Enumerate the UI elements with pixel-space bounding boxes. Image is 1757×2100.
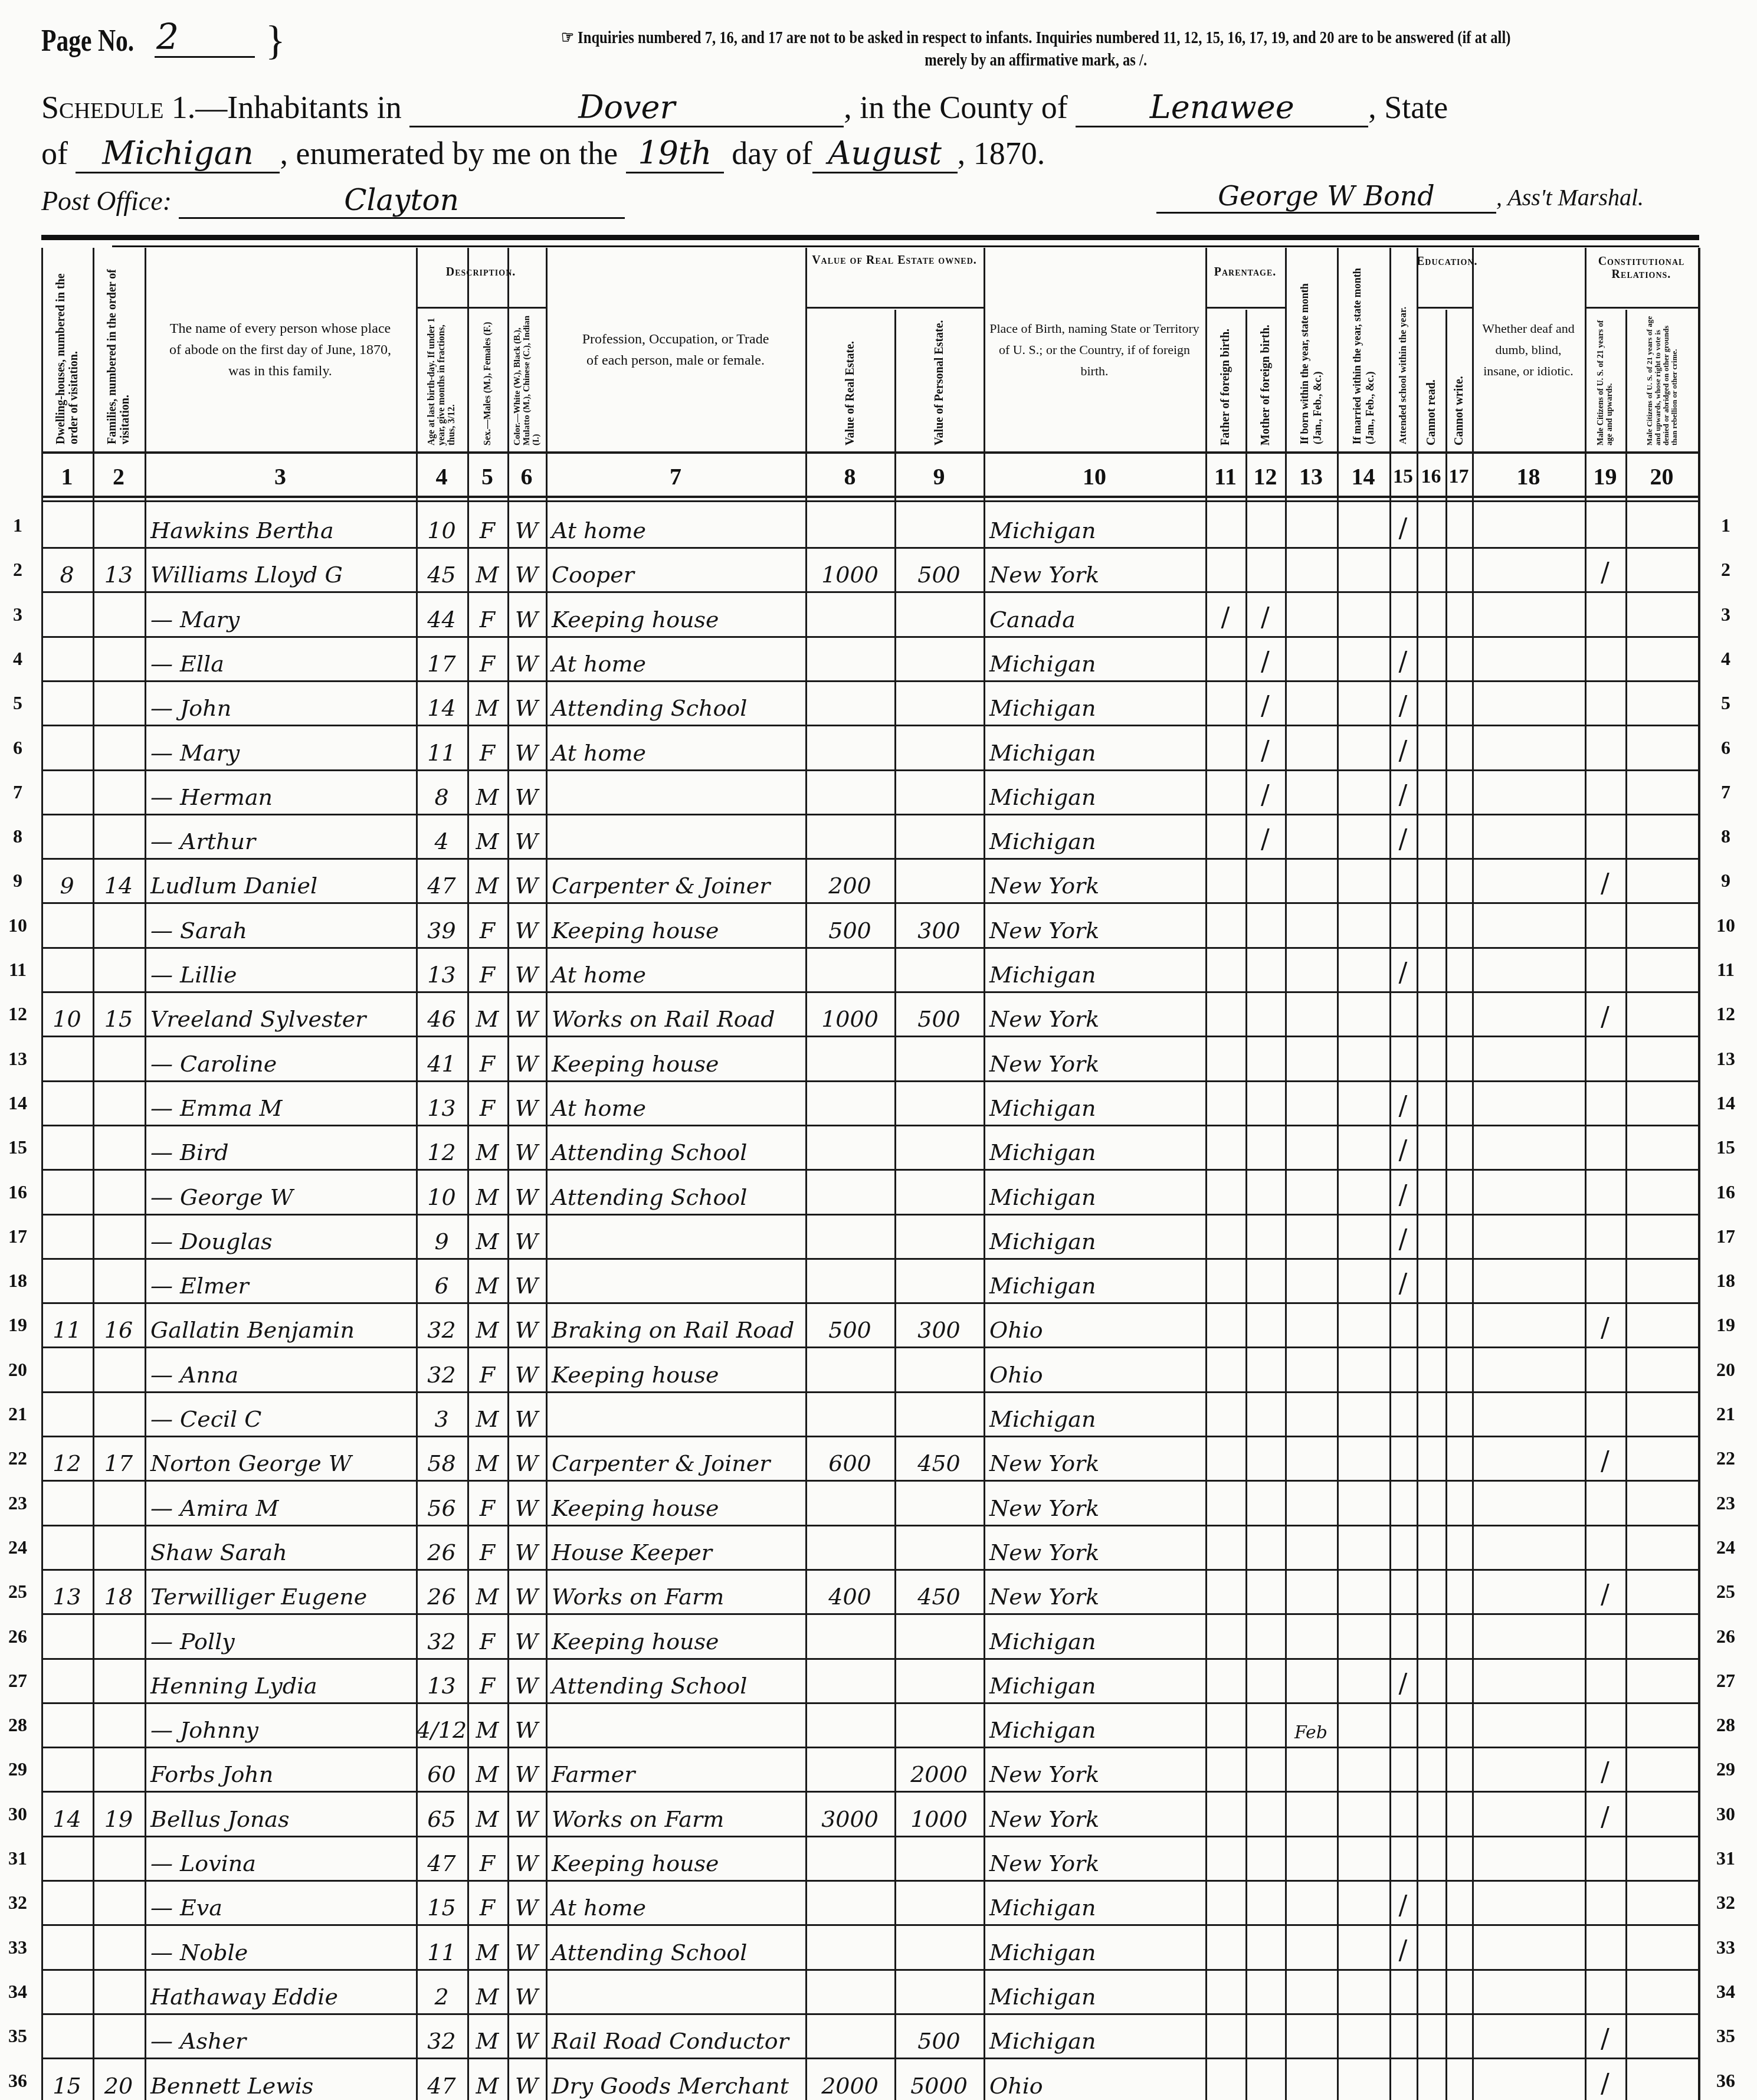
cannot-read-mark [1417,1214,1445,1258]
cannot-write-mark [1445,1036,1472,1080]
father-foreign-mark [1205,1614,1245,1658]
dwelling-number: 9 [41,858,93,902]
vote-denied-mark [1625,1791,1698,1836]
birthplace: Michigan [989,814,1205,858]
disability [1472,547,1585,591]
real-estate-value [805,1525,894,1569]
age: 13 [416,1658,467,1702]
male-citizen-mark: / [1585,858,1625,902]
mother-foreign-mark [1245,1347,1285,1391]
born-within-year [1285,547,1337,591]
father-foreign-mark [1205,1525,1245,1569]
row-number: 32 [0,1892,35,1914]
age: 11 [416,725,467,769]
row-number: 36 [0,2070,35,2092]
table-row: — Douglas 9 M W Michigan / [41,1214,1699,1260]
mother-foreign-mark: / [1245,680,1285,725]
personal-estate-value: 500 [894,991,984,1036]
attended-school-mark: / [1389,1169,1417,1214]
married-within-year [1337,1169,1389,1214]
dwelling-number [41,1880,93,1924]
married-within-year [1337,503,1389,547]
married-within-year [1337,636,1389,680]
mother-foreign-mark [1245,1436,1285,1480]
dwelling-number: 10 [41,991,93,1036]
disability [1472,1969,1585,2013]
dwelling-number [41,814,93,858]
attended-school-mark: / [1389,1258,1417,1302]
age: 9 [416,1214,467,1258]
birthplace: New York [989,547,1205,591]
father-foreign-mark [1205,1036,1245,1080]
occupation: Keeping house [552,903,805,947]
row-number: 4 [0,648,35,670]
birthplace: Michigan [989,725,1205,769]
real-estate-value [805,1258,894,1302]
real-estate-value: 500 [805,1302,894,1347]
sex: F [467,1036,507,1080]
person-name: — Caroline [150,1036,416,1080]
personal-estate-value [894,503,984,547]
sex: F [467,903,507,947]
table-row: Henning Lydia 13 F W Attending School Mi… [41,1658,1699,1704]
personal-estate-value [894,592,984,636]
age: 13 [416,947,467,991]
row-number: 10 [0,915,35,936]
male-citizen-mark [1585,1258,1625,1302]
page-number-label: Page No. [41,24,134,58]
sex: M [467,1302,507,1347]
table-row: — Arthur 4 M W Michigan / / [41,814,1699,860]
cannot-read-mark [1417,1791,1445,1836]
real-estate-value [805,1080,894,1125]
row-number: 8 [0,825,35,847]
personal-estate-value [894,1214,984,1258]
table-row: — Noble 11 M W Attending School Michigan… [41,1925,1699,1971]
family-number [93,947,145,991]
disability [1472,2013,1585,2058]
table-row: — Anna 32 F W Keeping house Ohio [41,1347,1699,1393]
col-number: 6 [507,454,546,499]
age: 12 [416,1125,467,1169]
col-number: 17 [1445,454,1472,499]
row-number: 22 [0,1447,35,1469]
table-row: — Asher 32 M W Rail Road Conductor 500 M… [41,2013,1699,2059]
born-within-year [1285,1658,1337,1702]
row-number: 3 [0,604,35,625]
disability [1472,1480,1585,1525]
occupation: Keeping house [552,1614,805,1658]
real-estate-value: 500 [805,903,894,947]
color: W [507,680,546,725]
township-field: Dover [409,89,844,127]
row-number: 24 [1708,1536,1743,1558]
born-within-year [1285,1925,1337,1969]
col-number: 8 [805,454,894,499]
row-number: 30 [0,1803,35,1825]
cannot-read-mark [1417,903,1445,947]
col-number: 20 [1625,454,1698,499]
married-within-year [1337,680,1389,725]
mother-foreign-mark [1245,503,1285,547]
sex: F [467,1658,507,1702]
sex: F [467,592,507,636]
person-name: Bennett Lewis [150,2058,416,2100]
father-foreign-mark [1205,769,1245,814]
row-number: 18 [1708,1270,1743,1292]
table-row: — Polly 32 F W Keeping house Michigan [41,1614,1699,1660]
age: 65 [416,1791,467,1836]
cannot-read-mark [1417,1391,1445,1436]
born-within-year [1285,1391,1337,1436]
married-within-year [1337,1347,1389,1391]
attended-school-mark [1389,1302,1417,1347]
cannot-write-mark [1445,858,1472,902]
occupation: Works on Rail Road [552,991,805,1036]
family-number [93,1836,145,1880]
person-name: — Douglas [150,1214,416,1258]
age: 15 [416,1880,467,1924]
table-row: Forbs John 60 M W Farmer 2000 New York / [41,1747,1699,1793]
birthplace: Michigan [989,1925,1205,1969]
married-within-year [1337,1525,1389,1569]
table-row: — Caroline 41 F W Keeping house New York [41,1036,1699,1082]
real-estate-value: 3000 [805,1791,894,1836]
occupation [552,1391,805,1436]
mother-foreign-mark: / [1245,636,1285,680]
color: W [507,1969,546,2013]
father-foreign-mark [1205,1214,1245,1258]
occupation [552,1969,805,2013]
cannot-read-mark [1417,1080,1445,1125]
attended-school-mark [1389,1525,1417,1569]
cannot-write-mark [1445,1614,1472,1658]
of-label: of [41,136,68,171]
father-foreign-mark [1205,1702,1245,1747]
age: 11 [416,1925,467,1969]
married-within-year [1337,1480,1389,1525]
male-citizen-mark [1585,1614,1625,1658]
cannot-write-mark [1445,903,1472,947]
personal-estate-value [894,1836,984,1880]
age: 4 [416,814,467,858]
dwelling-number: 15 [41,2058,93,2100]
real-estate-value [805,1391,894,1436]
sex: F [467,1836,507,1880]
cannot-write-mark [1445,1125,1472,1169]
married-within-year [1337,725,1389,769]
born-within-year [1285,1125,1337,1169]
married-within-year [1337,1747,1389,1791]
occupation: Carpenter & Joiner [552,858,805,902]
dwelling-number [41,1702,93,1747]
color: W [507,769,546,814]
group-parentage: Parentage. [1205,266,1285,279]
born-within-year: Feb [1285,1702,1337,1747]
inquiry-note-line-1: ☞ Inquiries numbered 7, 16, and 17 are n… [366,27,1706,49]
mother-foreign-mark [1245,1080,1285,1125]
married-within-year [1337,1880,1389,1924]
disability [1472,1702,1585,1747]
mother-foreign-mark [1245,947,1285,991]
table-row: — George W 10 M W Attending School Michi… [41,1169,1699,1216]
vote-denied-mark [1625,1747,1698,1791]
personal-estate-value: 450 [894,1436,984,1480]
row-number: 28 [0,1714,35,1736]
attended-school-mark [1389,1391,1417,1436]
table-row: — Elmer 6 M W Michigan / [41,1258,1699,1304]
real-estate-value: 200 [805,858,894,902]
real-estate-value: 1000 [805,991,894,1036]
male-citizen-mark [1585,1080,1625,1125]
father-foreign-mark [1205,1391,1245,1436]
dwelling-number [41,1347,93,1391]
row-number: 7 [1708,781,1743,803]
sex: M [467,1969,507,2013]
dwelling-number [41,1258,93,1302]
dwelling-number [41,769,93,814]
vote-denied-mark [1625,1836,1698,1880]
row-number: 33 [1708,1937,1743,1958]
age: 46 [416,991,467,1036]
col-header-4: Age at last birth-day. If under 1 year, … [416,310,467,448]
father-foreign-mark [1205,1880,1245,1924]
father-foreign-mark [1205,503,1245,547]
vote-denied-mark [1625,636,1698,680]
occupation: Works on Farm [552,1791,805,1836]
row-number: 28 [1708,1714,1743,1736]
age: 32 [416,1302,467,1347]
real-estate-value [805,2013,894,2058]
person-name: Shaw Sarah [150,1525,416,1569]
color: W [507,1302,546,1347]
age: 32 [416,1614,467,1658]
married-within-year [1337,1302,1389,1347]
color: W [507,947,546,991]
col-number: 15 [1389,454,1417,499]
row-number: 27 [1708,1670,1743,1692]
married-within-year [1337,1836,1389,1880]
color: W [507,1480,546,1525]
row-number: 12 [0,1003,35,1025]
occupation [552,1702,805,1747]
schedule-line: Schedule 1.—Inhabitants in Dover, in the… [41,89,1448,127]
col-header-19: Male Citizens of U. S. of 21 years of ag… [1585,310,1625,448]
mother-foreign-mark [1245,1569,1285,1613]
personal-estate-value: 300 [894,903,984,947]
table-row: — John 14 M W Attending School Michigan … [41,680,1699,726]
table-row: 13 18 Terwilliger Eugene 26 M W Works on… [41,1569,1699,1615]
family-number [93,1391,145,1436]
married-within-year [1337,1925,1389,1969]
color: W [507,1214,546,1258]
cannot-write-mark [1445,991,1472,1036]
cannot-write-mark [1445,1391,1472,1436]
male-citizen-mark [1585,1391,1625,1436]
vote-denied-mark [1625,592,1698,636]
male-citizen-mark [1585,1836,1625,1880]
col-header-16: Cannot read. [1417,310,1445,448]
vote-denied-mark [1625,1258,1698,1302]
vote-denied-mark [1625,947,1698,991]
cannot-read-mark [1417,1525,1445,1569]
real-estate-value [805,1125,894,1169]
row-number: 4 [1708,648,1743,670]
cannot-read-mark [1417,1569,1445,1613]
father-foreign-mark [1205,1302,1245,1347]
vote-denied-mark [1625,858,1698,902]
father-foreign-mark [1205,1347,1245,1391]
personal-estate-value [894,947,984,991]
person-name: Gallatin Benjamin [150,1302,416,1347]
person-name: Williams Lloyd G [150,547,416,591]
person-name: — Mary [150,725,416,769]
cannot-write-mark [1445,1302,1472,1347]
person-name: — Lillie [150,947,416,991]
sex: M [467,680,507,725]
color: W [507,1614,546,1658]
inhabitants-label: —Inhabitants in [195,90,401,125]
married-within-year [1337,1702,1389,1747]
attended-school-mark [1389,2013,1417,2058]
personal-estate-value [894,1880,984,1924]
cannot-read-mark [1417,1969,1445,2013]
family-number [93,1214,145,1258]
person-name: Vreeland Sylvester [150,991,416,1036]
attended-school-mark [1389,1791,1417,1836]
col-header-11: Father of foreign birth. [1205,310,1245,448]
male-citizen-mark [1585,725,1625,769]
age: 32 [416,2013,467,2058]
person-name: — Eva [150,1880,416,1924]
table-row: Hathaway Eddie 2 M W Michigan [41,1969,1699,2015]
occupation: Attending School [552,1125,805,1169]
personal-estate-value [894,1480,984,1525]
real-estate-value [805,636,894,680]
attended-school-mark: / [1389,503,1417,547]
color: W [507,547,546,591]
family-number [93,1125,145,1169]
row-number: 12 [1708,1003,1743,1025]
disability [1472,1525,1585,1569]
born-within-year [1285,1036,1337,1080]
family-number [93,1169,145,1214]
sex: M [467,1791,507,1836]
married-within-year [1337,547,1389,591]
row-number: 16 [0,1181,35,1203]
male-citizen-mark: / [1585,1791,1625,1836]
personal-estate-value [894,1925,984,1969]
family-number: 19 [93,1791,145,1836]
male-citizen-mark: / [1585,1302,1625,1347]
col-header-9: Value of Personal Estate. [894,310,984,448]
disability [1472,1436,1585,1480]
table-row: 8 13 Williams Lloyd G 45 M W Cooper 1000… [41,547,1699,593]
enumeration-line: of Michigan, enumerated by me on the 19t… [41,135,1045,173]
married-within-year [1337,991,1389,1036]
male-citizen-mark [1585,947,1625,991]
birthplace: New York [989,1569,1205,1613]
father-foreign-mark [1205,1747,1245,1791]
cannot-read-mark [1417,1302,1445,1347]
male-citizen-mark [1585,1214,1625,1258]
married-within-year [1337,2013,1389,2058]
group-rule [416,307,546,309]
father-foreign-mark [1205,547,1245,591]
color: W [507,814,546,858]
person-name: Terwilliger Eugene [150,1569,416,1613]
col-header-14: If married within the year, state month … [1337,251,1389,448]
col-header-8: Value of Real Estate. [805,310,894,448]
occupation: Braking on Rail Road [552,1302,805,1347]
dwelling-number [41,680,93,725]
cannot-write-mark [1445,814,1472,858]
disability [1472,947,1585,991]
occupation: At home [552,947,805,991]
row-number: 8 [1708,825,1743,847]
group-rule [1205,307,1285,309]
row-number: 11 [0,959,35,981]
family-number [93,680,145,725]
attended-school-mark [1389,1702,1417,1747]
father-foreign-mark [1205,947,1245,991]
dwelling-number [41,592,93,636]
occupation: At home [552,725,805,769]
sex: M [467,1569,507,1613]
personal-estate-value [894,858,984,902]
dwelling-number [41,1391,93,1436]
group-rule [805,307,984,309]
family-number [93,1702,145,1747]
married-within-year [1337,1436,1389,1480]
mother-foreign-mark [1245,1036,1285,1080]
vote-denied-mark [1625,680,1698,725]
col-number: 14 [1337,454,1389,499]
family-number: 20 [93,2058,145,2100]
mother-foreign-mark [1245,1925,1285,1969]
age: 60 [416,1747,467,1791]
occupation: Keeping house [552,592,805,636]
row-number: 3 [1708,604,1743,625]
post-office-label: Post Office: [41,186,172,216]
born-within-year [1285,1258,1337,1302]
cannot-read-mark [1417,636,1445,680]
disability [1472,1125,1585,1169]
table-row: — Johnny 4/12 M W Michigan Feb [41,1702,1699,1748]
father-foreign-mark [1205,1791,1245,1836]
sex: F [467,1080,507,1125]
color: W [507,2013,546,2058]
attended-school-mark: / [1389,769,1417,814]
person-name: — Elmer [150,1258,416,1302]
cannot-write-mark [1445,1525,1472,1569]
family-number [93,1614,145,1658]
male-citizen-mark [1585,503,1625,547]
table-row: 11 16 Gallatin Benjamin 32 M W Braking o… [41,1302,1699,1348]
occupation: Rail Road Conductor [552,2013,805,2058]
disability [1472,1747,1585,1791]
occupation: At home [552,1880,805,1924]
birthplace: Michigan [989,636,1205,680]
birthplace: New York [989,903,1205,947]
cannot-read-mark [1417,1436,1445,1480]
table-row: — Mary 11 F W At home Michigan / / [41,725,1699,771]
family-number: 13 [93,547,145,591]
real-estate-value [805,1925,894,1969]
table-row: — Mary 44 F W Keeping house Canada / / [41,592,1699,638]
real-estate-value: 400 [805,1569,894,1613]
row-number: 31 [1708,1847,1743,1869]
